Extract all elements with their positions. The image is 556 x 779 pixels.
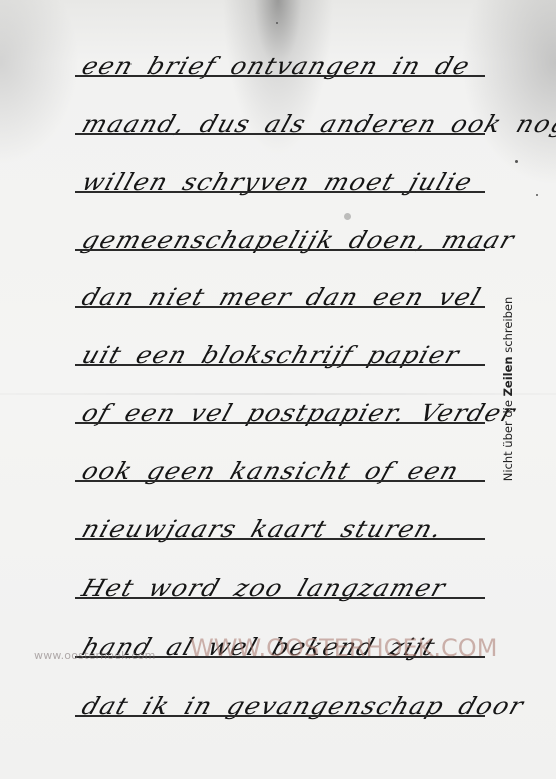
margin-suffix: schreiben <box>501 297 515 357</box>
letter-line: Het word zoo langzamer <box>75 559 485 599</box>
letter-line: dan niet meer dan een vel <box>75 268 485 308</box>
letter-line: maand, dus als anderen ook nog <box>75 95 485 135</box>
ruled-line <box>75 422 485 424</box>
ruled-line <box>75 306 485 308</box>
ruled-line <box>75 538 485 540</box>
ruled-line <box>75 75 485 77</box>
letter-line: nieuwjaars kaart sturen. <box>75 500 485 540</box>
letter-line: een brief ontvangen in de <box>75 37 485 77</box>
paper-speck <box>536 194 538 196</box>
ruled-line <box>75 133 485 135</box>
paper-speck <box>515 160 518 163</box>
ruled-line <box>75 364 485 366</box>
ruled-line <box>75 480 485 482</box>
ruled-line <box>75 656 485 658</box>
letter-line: gemeenschapelijk doen, maar <box>75 211 485 251</box>
ruled-line <box>75 715 485 717</box>
margin-bold-word: Zeilen <box>501 356 515 396</box>
margin-prefix: Nicht über die <box>501 396 515 481</box>
letter-line: willen schryven moet julie <box>75 153 485 193</box>
letter-line: hand al wel bekend zijt <box>75 618 485 658</box>
letter-line: dat ik in gevangenschap door <box>75 677 485 717</box>
letter-line: uit een blokschrijf papier <box>75 326 485 366</box>
letter-line: ook geen kansicht of een <box>75 442 485 482</box>
letter-line: of een vel postpapier. Verder <box>75 384 485 424</box>
ruled-line <box>75 597 485 599</box>
scanned-letter-page: een brief ontvangen in de maand, dus als… <box>0 0 556 779</box>
margin-instruction-text: Nicht über die Zeilen schreiben <box>501 297 515 482</box>
ruled-line <box>75 191 485 193</box>
ruled-line <box>75 249 485 251</box>
paper-speck <box>276 22 278 24</box>
margin-instruction: Nicht über die Zeilen schreiben <box>496 282 520 496</box>
